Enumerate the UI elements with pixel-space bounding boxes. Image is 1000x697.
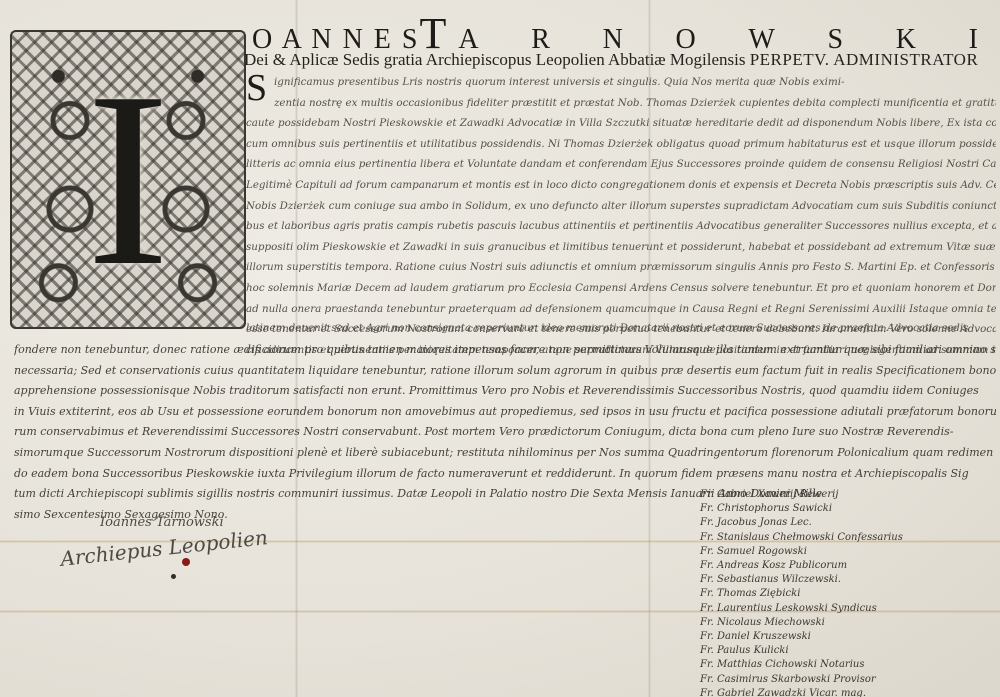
witness-entry: Fr. Matthias Cichowski Notarius <box>700 658 903 672</box>
body-line: zentia nostrę ex multis occasionibus fid… <box>274 93 996 114</box>
decorated-initial: I <box>10 30 246 329</box>
witness-list: Fr. Gabriel Xawerij Rewerij Fr. Christop… <box>700 488 903 697</box>
body-text-upper-tail: latinem deuenit sed et Agri non consigna… <box>246 318 996 339</box>
body-line: latinem deuenit sed et Agri non consigna… <box>246 318 996 339</box>
body-line: ignificamus presentibus Lris nostris quo… <box>274 72 996 93</box>
opening-capital: S <box>246 66 267 110</box>
ink-spot <box>171 574 176 579</box>
initial-letter: I <box>12 32 244 327</box>
body-line: illorum superstitis tempora. Ratione cui… <box>246 257 996 278</box>
body-line: ad nulla onera praestanda tenebuntur pra… <box>246 299 996 320</box>
document-subtitle: Dei & Aplicæ Sedis gratia Archiepiscopus… <box>244 50 996 70</box>
body-line: litteris ac omnia eius pertinentia liber… <box>246 154 996 175</box>
witness-entry: Fr. Stanislaus Chełmowski Confessarius <box>700 531 903 545</box>
witness-entry: Fr. Christophorus Sawicki <box>700 502 903 516</box>
body-line: Nobis Dzierżek cum coniuge sua ambo in S… <box>246 196 996 217</box>
witness-entry: Fr. Andreas Kosz Publicorum <box>700 559 903 573</box>
body-line: hoc solemnis Mariæ Decem ad laudem grati… <box>246 278 996 299</box>
witness-entry: Fr. Sebastianus Wilczewski. <box>700 573 903 587</box>
subtitle-caps: PERPETV. ADMINISTRATOR <box>750 50 979 69</box>
witness-entry: Fr. Paulus Kulicki <box>700 644 903 658</box>
body-line: fondere non tenebuntur, donec ratione æd… <box>14 340 996 361</box>
witness-entry: Fr. Daniel Kruszewski <box>700 630 903 644</box>
body-line: bus et laboribus agris pratis campis rub… <box>246 216 996 237</box>
subtitle-script: Dei & Aplicæ Sedis gratia Archiepiscopus… <box>244 50 745 69</box>
body-line: cum omnibus suis pertinentiis et utilita… <box>246 134 996 155</box>
body-line: rum conservabimus et Reverendissimi Succ… <box>14 422 996 443</box>
witness-entry: Fr. Thomas Ziębicki <box>700 587 903 601</box>
signature-title: Archiepus Leopolien <box>59 525 269 571</box>
witness-entry: Fr. Samuel Rogowski <box>700 545 903 559</box>
body-line: necessaria; Sed et conservationis cuius … <box>14 361 996 382</box>
archbishop-signature: Ioannes Tarnowski Archiepus Leopolien <box>60 515 268 560</box>
body-line: in Viuis extiterint, eos ab Usu et posse… <box>14 402 996 423</box>
body-line: simorumque Successorum Nostrorum disposi… <box>14 443 996 464</box>
witness-entry: Fr. Gabriel Zawadzki Vicar. mag. <box>700 687 903 697</box>
witness-entry: Fr. Laurentius Leskowski Syndicus <box>700 602 903 616</box>
witness-entry: Fr. Jacobus Jonas Lec. <box>700 516 903 530</box>
body-line: do eadem bona Successoribus Pieskowskie … <box>14 464 996 485</box>
witness-entry: Fr. Casimirus Skarbowski Provisor <box>700 673 903 687</box>
witness-entry: Fr. Nicolaus Miechowski <box>700 616 903 630</box>
wax-seal-mark <box>182 558 190 566</box>
body-line: Legitimè Capituli ad forum campanarum et… <box>246 175 996 196</box>
body-line: apprehensione possessionisque Nobis trad… <box>14 381 996 402</box>
document-sheet: I O A N N E S T ARNOWSKI Dei & Aplicæ Se… <box>0 0 1000 697</box>
witness-entry: Fr. Gabriel Xawerij Rewerij <box>700 488 903 502</box>
body-line: caute possidebam Nostri Pieskowskie et Z… <box>246 113 996 134</box>
body-line: suppositi olim Pieskowskie et Zawadki in… <box>246 237 996 258</box>
